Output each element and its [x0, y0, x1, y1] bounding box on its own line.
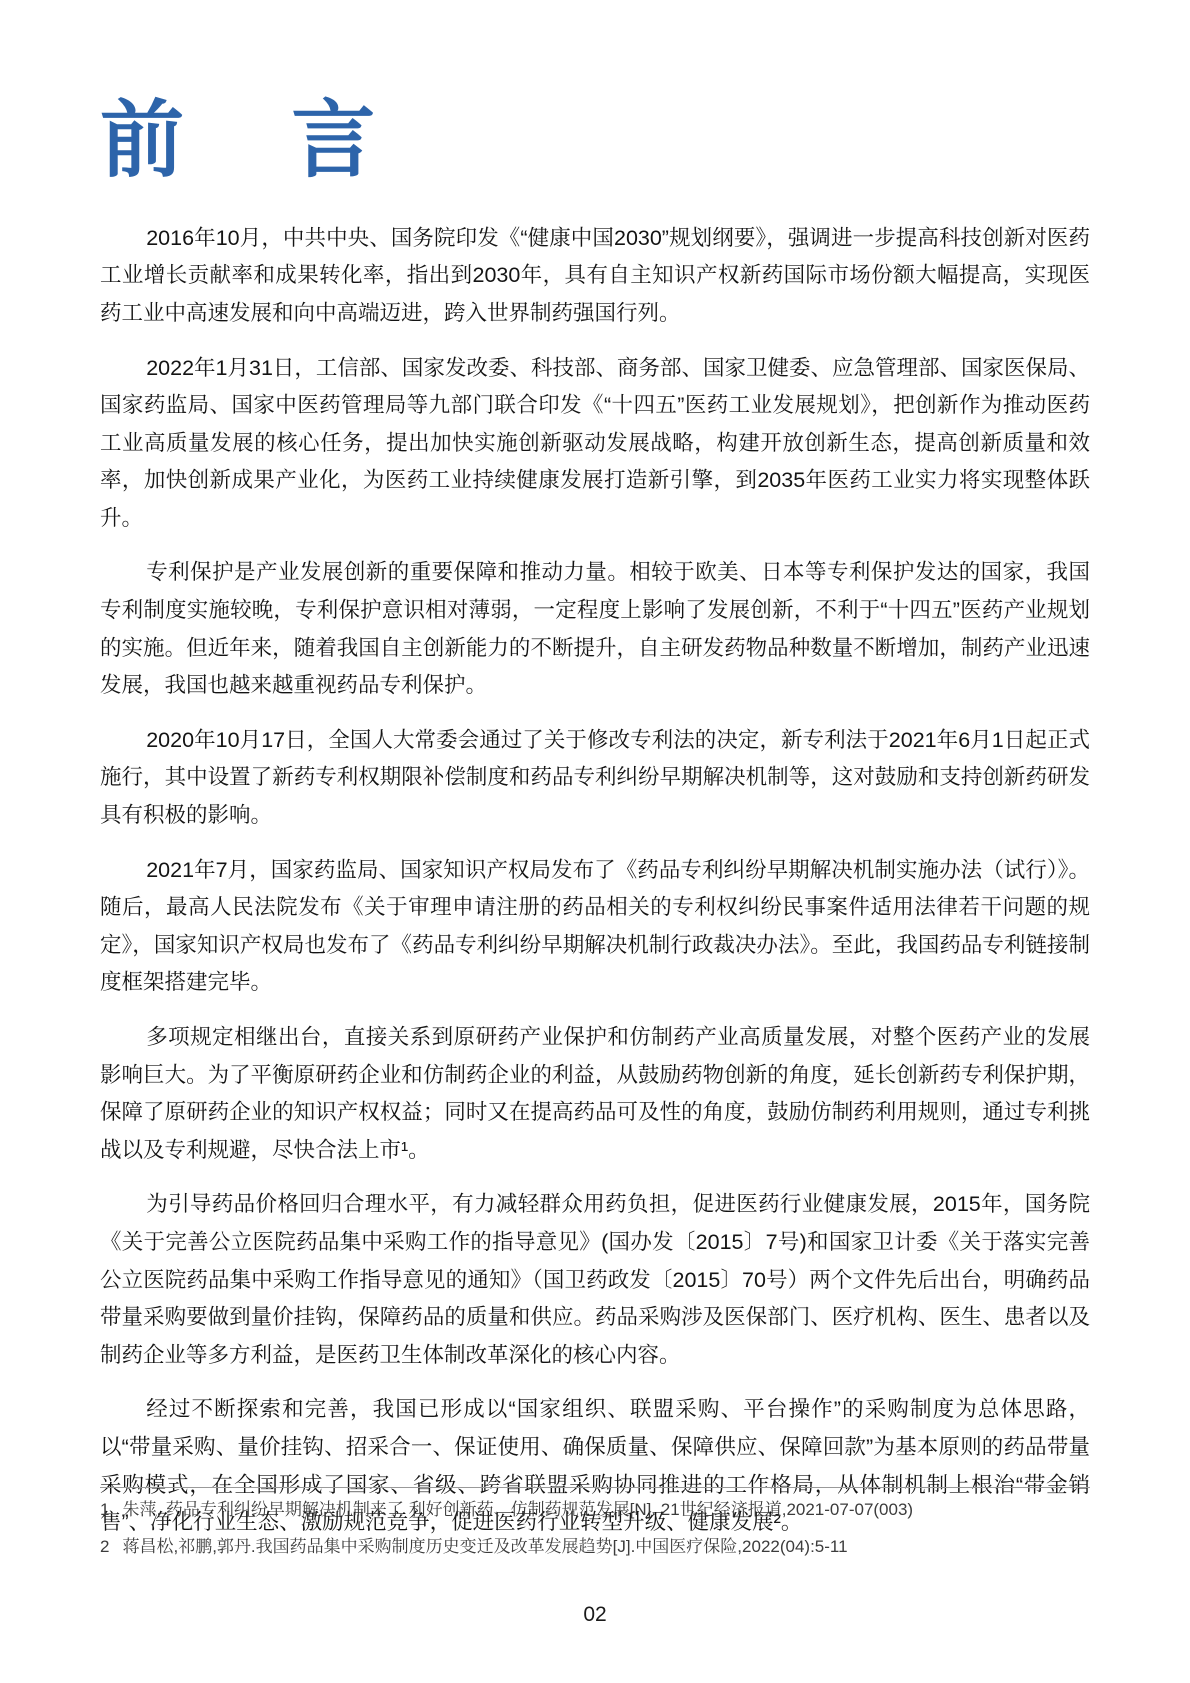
footnote-divider — [100, 1487, 1090, 1488]
footnote-number: 1 — [100, 1498, 109, 1521]
page-title: 前 言 — [100, 95, 1090, 186]
paragraph-3: 专利保护是产业发展创新的重要保障和推动力量。相较于欧美、日本等专利保护发达的国家… — [100, 554, 1090, 704]
footnote-item: 1 朱萍. 药品专利纠纷早期解决机制来了 利好创新药、仿制药规范发展[N]. 2… — [100, 1498, 1090, 1521]
paragraph-6: 多项规定相继出台，直接关系到原研药产业保护和仿制药产业高质量发展，对整个医药产业… — [100, 1019, 1090, 1169]
page-number: 02 — [0, 1603, 1190, 1627]
document-page-content: 前 言 2016年10月，中共中央、国务院印发《“健康中国2030”规划纲要》，… — [100, 95, 1090, 1542]
footnote-item: 2 蒋昌松,祁鹏,郭丹.我国药品集中采购制度历史变迁及改革发展趋势[J].中国医… — [100, 1535, 1090, 1558]
paragraph-4: 2020年10月17日，全国人大常委会通过了关于修改专利法的决定，新专利法于20… — [100, 722, 1090, 835]
paragraph-1: 2016年10月，中共中央、国务院印发《“健康中国2030”规划纲要》，强调进一… — [100, 220, 1090, 333]
paragraph-5: 2021年7月，国家药监局、国家知识产权局发布了《药品专利纠纷早期解决机制实施办… — [100, 852, 1090, 1002]
footnote-number: 2 — [100, 1535, 109, 1558]
paragraph-2: 2022年1月31日，工信部、国家发改委、科技部、商务部、国家卫健委、应急管理部… — [100, 350, 1090, 538]
paragraph-7: 为引导药品价格回归合理水平，有力减轻群众用药负担，促进医药行业健康发展，2015… — [100, 1186, 1090, 1374]
footnotes-section: 1 朱萍. 药品专利纠纷早期解决机制来了 利好创新药、仿制药规范发展[N]. 2… — [100, 1487, 1090, 1572]
footnote-text: 朱萍. 药品专利纠纷早期解决机制来了 利好创新药、仿制药规范发展[N]. 21世… — [122, 1498, 1090, 1521]
footnote-text: 蒋昌松,祁鹏,郭丹.我国药品集中采购制度历史变迁及改革发展趋势[J].中国医疗保… — [122, 1535, 1090, 1558]
